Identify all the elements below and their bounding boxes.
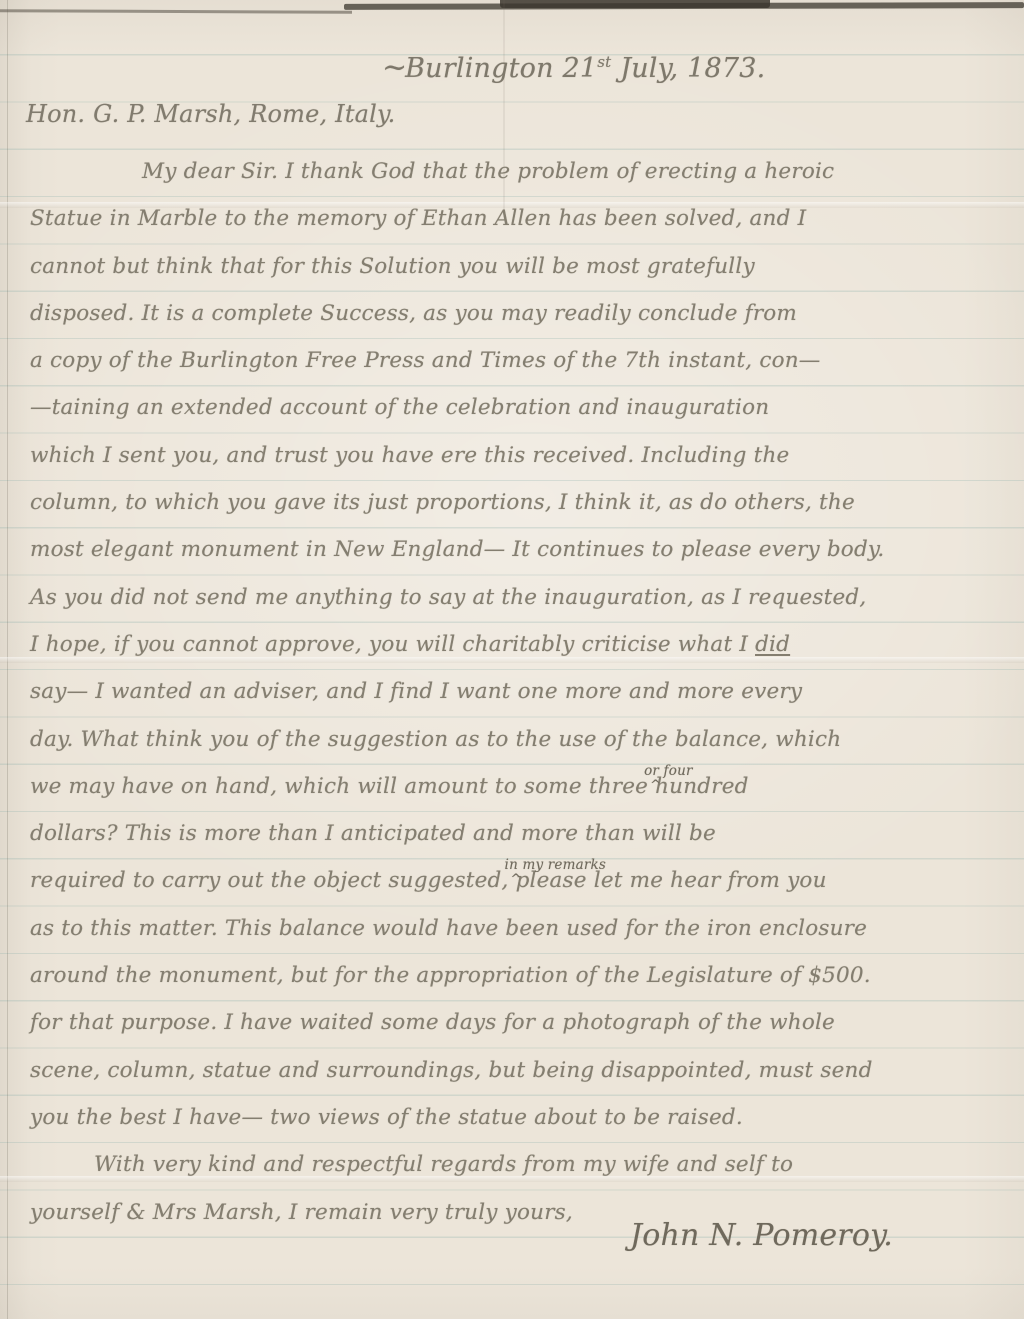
dateline-ordinal: st bbox=[597, 53, 611, 71]
body-line: we may have on hand, which will amount t… bbox=[30, 763, 1014, 810]
addressee-line: Hon. G. P. Marsh, Rome, Italy. bbox=[26, 100, 395, 128]
body-line: for that purpose. I have waited some day… bbox=[30, 999, 1014, 1046]
body-line: required to carry out the object suggest… bbox=[30, 857, 1014, 904]
body-line: column, to which you gave its just propo… bbox=[30, 479, 1014, 526]
underlined-word: did bbox=[755, 632, 790, 657]
pen-flourish: ~ bbox=[382, 50, 405, 85]
torn-edge-left bbox=[0, 9, 352, 14]
body-line-text: we may have on hand, which will amount t… bbox=[30, 774, 648, 799]
body-line: cannot but think that for this Solution … bbox=[30, 243, 1014, 290]
body-line-text: I hope, if you cannot approve, you will … bbox=[30, 632, 755, 657]
body-line: dollars? This is more than I anticipated… bbox=[30, 810, 1014, 857]
body-line: As you did not send me anything to say a… bbox=[30, 574, 1014, 621]
caret-mark: ^ bbox=[511, 856, 522, 903]
body-line: day. What think you of the suggestion as… bbox=[30, 716, 1014, 763]
body-line-text: required to carry out the object suggest… bbox=[30, 868, 509, 893]
body-line: you the best I have— two views of the st… bbox=[30, 1094, 1014, 1141]
torn-edge-middle bbox=[500, 0, 770, 8]
body-line: —taining an extended account of the cele… bbox=[30, 384, 1014, 431]
closing-line: With very kind and respectful regards fr… bbox=[30, 1141, 1014, 1188]
body-line: a copy of the Burlington Free Press and … bbox=[30, 337, 1014, 384]
body-line: which I sent you, and trust you have ere… bbox=[30, 432, 1014, 479]
body-line: I hope, if you cannot approve, you will … bbox=[30, 621, 1014, 668]
body-line: most elegant monument in New England— It… bbox=[30, 526, 1014, 573]
signature: John N. Pomeroy. bbox=[630, 1218, 893, 1253]
body-line: scene, column, statue and surroundings, … bbox=[30, 1047, 1014, 1094]
letter-page: ~Burlington 21st July, 1873. Hon. G. P. … bbox=[0, 0, 1024, 1319]
body-line: say— I wanted an adviser, and I find I w… bbox=[30, 668, 1014, 715]
body-line: disposed. It is a complete Success, as y… bbox=[30, 290, 1014, 337]
caret-mark: ^ bbox=[650, 762, 661, 809]
body-line: around the monument, but for the appropr… bbox=[30, 952, 1014, 999]
dateline-rest: July, 1873. bbox=[611, 53, 765, 84]
dateline: ~Burlington 21st July, 1873. bbox=[382, 50, 765, 85]
dateline-place-day: Burlington 21 bbox=[405, 53, 597, 84]
scan-edge-line bbox=[7, 0, 8, 1319]
body-line: My dear Sir. I thank God that the proble… bbox=[30, 148, 1014, 195]
body-line: Statue in Marble to the memory of Ethan … bbox=[30, 195, 1014, 242]
letter-body: My dear Sir. I thank God that the proble… bbox=[30, 148, 1014, 1236]
body-line: as to this matter. This balance would ha… bbox=[30, 905, 1014, 952]
